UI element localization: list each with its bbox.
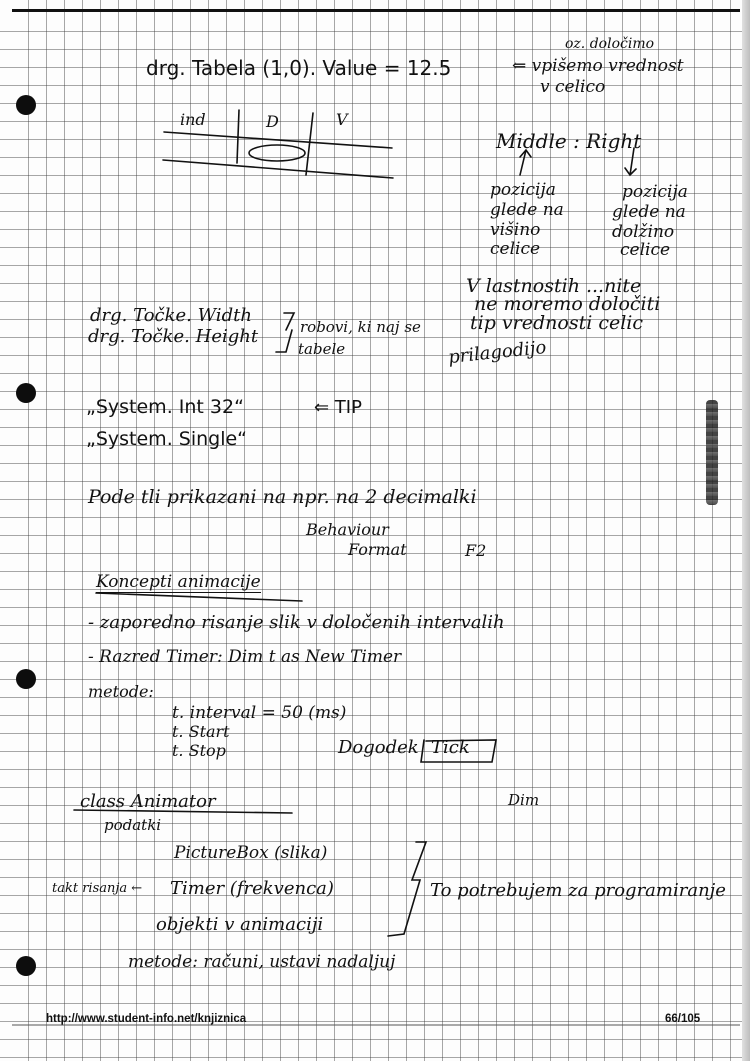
dimension-height: drg. Točke. Height: [88, 326, 258, 347]
note-line: glede na: [612, 202, 686, 222]
footer-url[interactable]: http://www.student-info.net/knjiznica: [46, 1013, 246, 1025]
brace-icon: [388, 842, 426, 936]
sketch-line: [164, 132, 392, 148]
punch-hole-icon: [16, 669, 36, 689]
type-int32: „System. Int 32“: [86, 396, 244, 418]
animator-data-label: podatki: [104, 816, 161, 834]
event-value: Tick: [431, 737, 470, 758]
punch-hole-icon: [16, 956, 36, 976]
scan-edge: [742, 0, 750, 1061]
table-value-note-1: oz. določimo: [565, 36, 654, 52]
method-interval: t. interval = 50 (ms): [172, 703, 346, 723]
dimension-brace-note-1: robovi, ki naj se: [300, 318, 421, 336]
alignment-title: Middle : Right: [496, 129, 641, 153]
animator-item-objects: objekti v animaciji: [156, 914, 323, 935]
type-single: „System. Single“: [86, 428, 247, 450]
animator-heading: class Animator: [80, 791, 216, 812]
sketch-line: [163, 160, 393, 178]
top-rule: [12, 9, 740, 12]
animator-brace-note: To potrebujem za programiranje: [430, 880, 726, 901]
arrow-up-icon: [520, 150, 531, 175]
method-start: t. Start: [172, 722, 230, 741]
dimension-width: drg. Točke. Width: [90, 305, 252, 326]
animator-timer-side-note: takt risanja ←: [52, 881, 142, 896]
format-behaviour: Behaviour: [306, 520, 389, 539]
note-line: celice: [490, 239, 540, 259]
sketch-ellipse: [249, 145, 305, 161]
animation-bullet-1: - zaporedno risanje slik v določenih int…: [88, 612, 505, 633]
dimension-brace-note-2: tabele: [298, 340, 345, 358]
table-value-note-2: ⇐ vpišemo vrednost: [512, 56, 684, 76]
format-note-line: Pode tli prikazani na npr. na 2 decimalk…: [88, 486, 477, 508]
animator-item-picturebox: PictureBox (slika): [174, 843, 327, 863]
sketch-col-d: D: [266, 112, 279, 131]
method-stop: t. Stop: [172, 741, 226, 760]
footer-page-number: 66/105: [665, 1013, 700, 1025]
table-value-code: drg. Tabela (1,0). Value = 12.5: [146, 56, 451, 80]
note-line: višino: [490, 220, 540, 240]
note-line: pozicija: [490, 180, 556, 200]
animator-methods-line: metode: računi, ustavi nadaljuj: [128, 952, 395, 972]
sketch-line: [306, 113, 313, 175]
event-label: Dogodek: [338, 737, 419, 758]
note-line: celice: [620, 240, 670, 260]
note-line: pozicija: [622, 182, 688, 202]
animator-dim-note: Dim: [508, 791, 539, 809]
properties-note-3: tip vrednosti celic: [470, 312, 643, 334]
sketch-col-ind: ind: [180, 110, 206, 129]
format-label: Format: [348, 540, 407, 559]
note-line: glede na: [490, 200, 564, 220]
animation-heading: Koncepti animacije: [96, 572, 261, 593]
table-value-note-3: v celico: [540, 77, 605, 97]
type-arrow-note: ⇐ TIP: [314, 397, 362, 418]
dimension-brace-note-tail: prilagodijo: [447, 337, 547, 368]
punch-hole-icon: [16, 383, 36, 403]
animator-item-timer: Timer (frekvenca): [170, 878, 334, 899]
format-value: F2: [465, 541, 486, 560]
brace-icon: [276, 313, 294, 352]
animation-bullet-2: - Razred Timer: Dim t as New Timer: [88, 647, 401, 667]
sketch-col-v: V: [336, 110, 348, 129]
punch-hole-icon: [16, 95, 36, 115]
underline: [96, 593, 302, 601]
notebook-page: drg. Tabela (1,0). Value = 12.5 oz. dolo…: [0, 0, 750, 1061]
methods-label: metode:: [88, 682, 154, 701]
note-line: dolžino: [612, 222, 674, 242]
scan-smudge: [706, 400, 718, 505]
sketch-line: [237, 110, 239, 163]
